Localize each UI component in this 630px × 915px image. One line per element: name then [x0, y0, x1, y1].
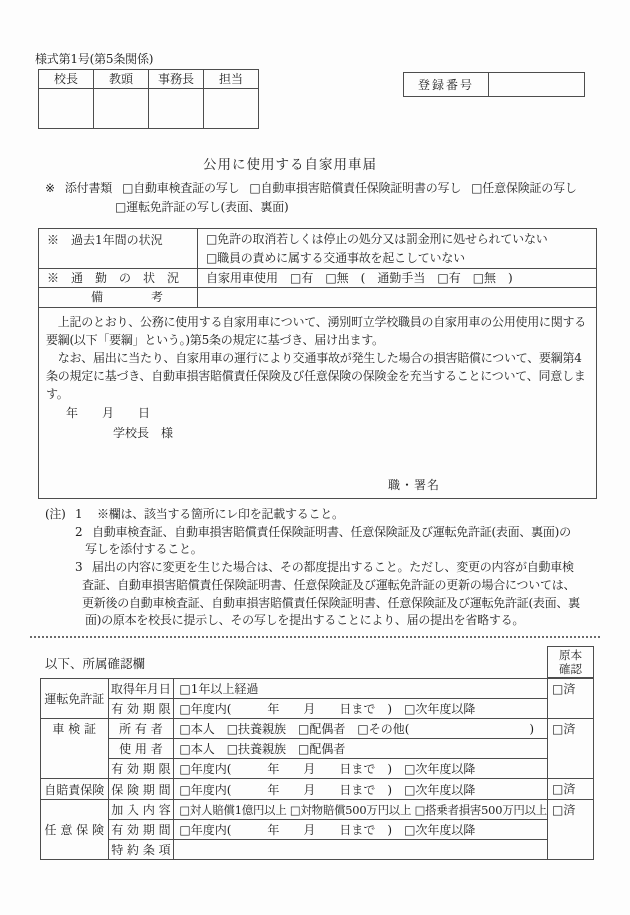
approval-header-row: 校長 教頭 事務長 担当 [39, 70, 259, 89]
note-number: 3 [75, 559, 92, 577]
note-number: 2 [75, 524, 92, 542]
cut-line-divider [30, 636, 600, 638]
table-row: 任 意 保 険 加 入 内 容 □対人賠償1億円以上 □対物賠償500万円以上 … [41, 800, 594, 820]
note-line: 更新後の自動車検査証、自動車損害賠償責任保険証明書、任意保険証及び運転免許証(表… [45, 595, 597, 613]
row-content-insurance-period: □年度内( 年 月 日まで ) □次年度以降 [174, 779, 548, 800]
approval-header-principal: 校長 [39, 70, 94, 89]
original-check-header-line1: 原本 [548, 648, 593, 662]
registration-number-box: 登録番号 [403, 72, 585, 97]
original-check-header-line2: 確認 [548, 662, 593, 676]
commute-status-content-cell: 自家用車使用 □有 □無 ( 通勤手当 □有 □無 ) [198, 269, 596, 288]
note-line: (注)1※欄は、該当する箇所にレ印を記載すること。 [45, 506, 597, 524]
approval-stamp-cell [39, 89, 94, 129]
check-done-liability: □済 [548, 779, 594, 800]
registration-number-value [489, 73, 584, 96]
row-content-valid-period: □年度内( 年 月 日まで ) □次年度以降 [174, 759, 548, 779]
row-content-coverage: □対人賠償1億円以上 □対物賠償500万円以上 □搭乗者損害500万円以上 [174, 800, 548, 820]
remarks-label-cell: 備 考 [39, 288, 198, 308]
row-content-valid-period: □年度内( 年 月 日まで ) □次年度以降 [174, 820, 548, 840]
declaration-line: 要綱(以下「要綱」という。)第5条の規定に基づき、届け出ます。 [46, 331, 592, 349]
attachments-label: 添付書類 [65, 179, 112, 198]
declaration-paragraph: 上記のとおり、公務に使用する自家用車について、湧別町立学校職員の自家用車の公用使… [46, 313, 592, 403]
row-content-acquisition-date: □1年以上経過 [174, 679, 548, 699]
attachments-line1: ※ 添付書類 □自動車検査証の写し □自動車損害賠償責任保険証明書の写し □任意… [45, 179, 577, 198]
approval-header-vice-principal: 教頭 [94, 70, 149, 89]
row-label-insurance-period: 保 険 期 間 [108, 779, 174, 800]
table-row: 有 効 期 限 □年度内( 年 月 日まで ) □次年度以降 [41, 759, 594, 779]
table-row: 特 約 条 項 [41, 840, 594, 860]
approval-stamp-cell [94, 89, 149, 129]
past-year-status-content-cell: □免許の取消若しくは停止の処分又は罰金刑に処せられていない □職員の責めに属する… [198, 229, 596, 269]
table-row: 有 効 期 間 □年度内( 年 月 日まで ) □次年度以降 [41, 820, 594, 840]
attachment-checkbox-voluntary-ins-copy: □任意保険証の写し [471, 179, 577, 198]
row-label-valid-period: 有 効 期 限 [108, 699, 174, 719]
attachment-checkbox-license-copy: □運転免許証の写し(表面、裏面) [45, 198, 577, 217]
declaration-line: す。 [46, 385, 592, 403]
table-row: 運転免許証 取得年月日 □1年以上経過 □済 [41, 679, 594, 699]
approval-stamp-row [39, 89, 259, 129]
form-page: 様式第1号(第5条関係) 校長 教頭 事務長 担当 登録番号 公用に使用する自家… [0, 0, 630, 915]
row-label-valid-period: 有 効 期 間 [108, 820, 174, 840]
checkbox-no-accident: □職員の責めに属する交通事故を起こしていない [206, 249, 596, 268]
checkbox-no-license-penalty: □免許の取消若しくは停止の処分又は罰金刑に処せられていない [206, 230, 596, 249]
row-content-valid-period: □年度内( 年 月 日まで ) □次年度以降 [174, 699, 548, 719]
table-row: 車 検 証 所 有 者 □本人 □扶養親族 □配偶者 □その他( ) □済 [41, 719, 594, 739]
original-check-header-cell: 原本 確認 [547, 646, 594, 678]
confirmation-section-label: 以下、所属確認欄 [45, 654, 145, 672]
group-voluntary-insurance: 任 意 保 険 [41, 800, 109, 860]
declaration-line: なお、届出に当たり、自家用車の運行により交通事故が発生した場合の損害賠償について… [46, 349, 592, 367]
table-row: 有 効 期 限 □年度内( 年 月 日まで ) □次年度以降 [41, 699, 594, 719]
date-field: 年 月 日 [66, 404, 150, 421]
check-done-license: □済 [548, 679, 594, 719]
page-title: 公用に使用する自家用車届 [203, 157, 377, 173]
note-number: 1 [75, 506, 97, 524]
addressee-line: 学校長 様 [113, 424, 173, 441]
approval-stamp-table: 校長 教頭 事務長 担当 [38, 69, 259, 129]
form-code: 様式第1号(第5条関係) [35, 50, 153, 67]
row-label-owner: 所 有 者 [108, 719, 174, 739]
note-prefix: (注) [45, 506, 75, 524]
row-label-user: 使 用 者 [108, 739, 174, 759]
row-content-user: □本人 □扶養親族 □配偶者 [174, 739, 548, 759]
approval-stamp-cell [204, 89, 259, 129]
past-year-status-label-cell: ※ 過去1年間の状況 [39, 229, 198, 269]
approval-stamp-cell [149, 89, 204, 129]
declaration-text-area: 上記のとおり、公務に使用する自家用車について、湧別町立学校職員の自家用車の公用使… [39, 308, 596, 498]
row-label-coverage: 加 入 内 容 [108, 800, 174, 820]
registration-number-label: 登録番号 [404, 73, 489, 96]
note-line: 3届出の内容に変更を生じた場合は、その都度提出すること。ただし、変更の内容が自動… [45, 559, 597, 577]
signature-label: 職・署名 [388, 476, 440, 493]
note-line: 査証、自動車損害賠償責任保険証明書、任意保険証及び運転免許証の更新の場合について… [45, 577, 597, 595]
check-done-voluntary: □済 [548, 800, 594, 860]
group-drivers-license: 運転免許証 [41, 679, 109, 719]
notes-block: (注)1※欄は、該当する箇所にレ印を記載すること。 2自動車検査証、自動車損害賠… [45, 506, 597, 630]
attachment-checkbox-inspection-copy: □自動車検査証の写し [122, 179, 239, 198]
asterisk-mark: ※ [45, 179, 55, 198]
remarks-content-cell [198, 288, 596, 308]
note-line: 写しを添付すること。 [45, 541, 597, 559]
table-row: 自賠責保険 保 険 期 間 □年度内( 年 月 日まで ) □次年度以降 □済 [41, 779, 594, 800]
row-label-valid-period: 有 効 期 限 [108, 759, 174, 779]
approval-header-admin-chief: 事務長 [149, 70, 204, 89]
group-vehicle-inspection: 車 検 証 [41, 719, 109, 779]
declaration-box: ※ 過去1年間の状況 □免許の取消若しくは停止の処分又は罰金刑に処せられていない… [38, 228, 597, 499]
group-liability-insurance: 自賠責保険 [41, 779, 109, 800]
row-content-special-clauses [174, 840, 548, 860]
past-year-status-label: ※ 過去1年間の状況 [39, 229, 197, 248]
note-line: 面)の原本を校長に提示し、その写しを提出することにより、届の提出を省略する。 [45, 612, 597, 630]
confirmation-table: 運転免許証 取得年月日 □1年以上経過 □済 有 効 期 限 □年度内( 年 月… [40, 678, 594, 860]
note-line: 2自動車検査証、自動車損害賠償責任保険証明書、任意保険証及び運転免許証(表面、裏… [45, 524, 597, 542]
check-done-inspection: □済 [548, 719, 594, 779]
note-text: 自動車検査証、自動車損害賠償責任保険証明書、任意保険証及び運転免許証(表面、裏面… [92, 525, 571, 539]
attachments-block: ※ 添付書類 □自動車検査証の写し □自動車損害賠償責任保険証明書の写し □任意… [45, 179, 577, 217]
note-text: ※欄は、該当する箇所にレ印を記載すること。 [97, 507, 344, 521]
table-row: 使 用 者 □本人 □扶養親族 □配偶者 [41, 739, 594, 759]
note-text: 届出の内容に変更を生じた場合は、その都度提出すること。ただし、変更の内容が自動車… [92, 560, 574, 574]
attachment-checkbox-liability-cert-copy: □自動車損害賠償責任保険証明書の写し [249, 179, 461, 198]
approval-header-in-charge: 担当 [204, 70, 259, 89]
row-label-special-clauses: 特 約 条 項 [108, 840, 174, 860]
title-area: 公用に使用する自家用車届 [0, 153, 580, 173]
declaration-line: 上記のとおり、公務に使用する自家用車について、湧別町立学校職員の自家用車の公用使… [46, 313, 592, 331]
commute-status-label-cell: ※ 通 勤 の 状 況 [39, 269, 198, 288]
row-content-owner: □本人 □扶養親族 □配偶者 □その他( ) [174, 719, 548, 739]
declaration-line: 条の規定に基づき、自動車損害賠償責任保険及び任意保険の保険金を充当することについ… [46, 367, 592, 385]
row-label-acquisition-date: 取得年月日 [108, 679, 174, 699]
